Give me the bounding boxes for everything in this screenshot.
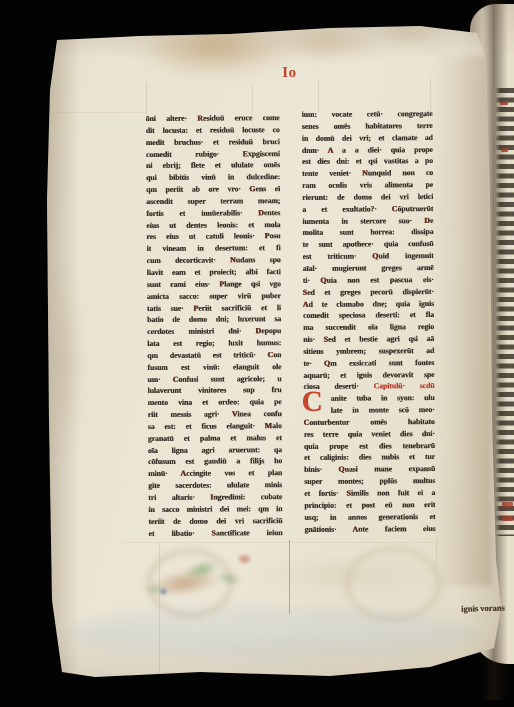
rubricated-capital: E bbox=[243, 149, 248, 158]
text-line: usq; in annos generationis et bbox=[304, 511, 435, 524]
rubricated-capital: N bbox=[230, 256, 236, 265]
text-column-left: ōni altere· Residuū eruce comedit locust… bbox=[146, 112, 283, 539]
rubricated-capital: Q bbox=[320, 276, 326, 285]
text-block: Io ōni altere· Residuū eruce comedit loc… bbox=[0, 0, 514, 707]
rubricated-capital: V bbox=[232, 409, 237, 418]
text-line: ascendit super terram meam; bbox=[146, 195, 280, 208]
rubricated-capital: Q bbox=[324, 358, 330, 367]
text-line: ma succendit oīa ligna regio bbox=[303, 321, 434, 334]
text-line: tatis sue· Periit sacrificiū et li bbox=[147, 302, 281, 315]
text-line: super montes; pplūs multus bbox=[304, 475, 435, 488]
text-line: senes omēs habitatores terre bbox=[302, 120, 433, 133]
text-line: medit bruchus· et residuū bruci bbox=[146, 136, 280, 149]
rubricated-capital: C bbox=[304, 418, 310, 427]
rubricated-capital: M bbox=[265, 421, 272, 430]
text-line: et caliginis: dies nubis et tur bbox=[304, 451, 435, 464]
text-line: qm periit ab ore vro· Gens eī bbox=[146, 183, 280, 196]
text-line: aīal· mugierunt greges armē bbox=[303, 262, 434, 275]
text-line: est triticum· Quid ingemuit bbox=[303, 250, 434, 263]
text-line: gite sacerdotes: ululate minis bbox=[148, 479, 282, 492]
text-line: sitiens ymbrem; suspexerūt ad bbox=[303, 345, 434, 358]
text-column-right: ium: vocate cetū· congregatesenes omēs h… bbox=[302, 108, 436, 535]
rubricated-capital: G bbox=[249, 184, 255, 193]
rubricated-capital: S bbox=[324, 335, 328, 344]
text-line: sa est: et ficus elanguit· Malo bbox=[148, 420, 282, 433]
rubricated-capital: A bbox=[328, 145, 333, 154]
text-line: ram oculis vris alimenta pe bbox=[302, 179, 433, 192]
text-line: dnm· A a a diei· quia prope bbox=[302, 144, 433, 157]
rubricated-capital: D bbox=[256, 326, 262, 335]
manuscript-photo: Io ōni altere· Residuū eruce comedit loc… bbox=[0, 0, 514, 707]
text-line: res terre quia veniet dies dni· bbox=[304, 428, 435, 441]
catchword: ignis vorans bbox=[461, 602, 512, 613]
chapter-initial: C bbox=[301, 390, 327, 415]
rubricated-capital: P bbox=[265, 232, 270, 241]
text-line: cerdotes ministri dni· Depopu bbox=[147, 325, 281, 338]
text-line: teriit de domo dei vri sacrificiū bbox=[148, 515, 282, 528]
rubricated-capital: R bbox=[197, 114, 203, 123]
running-title: Io bbox=[282, 62, 296, 84]
rubricated-capital: S bbox=[212, 528, 216, 537]
rubricated-capital: C bbox=[173, 374, 179, 383]
text-line: te· Qm exsiccati sunt fontes bbox=[303, 357, 434, 370]
text-line: te sunt apothece· quia confusū bbox=[302, 238, 433, 251]
text-line: et fortis· Similis non fuit ei a bbox=[304, 487, 435, 500]
text-line: qui bibitis vinū in dulcedine: bbox=[146, 171, 280, 184]
text-line: fortis et innūerabilis· Dentes bbox=[146, 207, 280, 220]
text-line: fusum est vinū: elanguit ole bbox=[147, 361, 281, 374]
text-line: um· Confusi sunt agricole; u bbox=[147, 373, 281, 386]
rubricated-capital: P bbox=[193, 303, 198, 312]
text-line: dit locusta: et residuū locuste co bbox=[146, 124, 280, 137]
text-line: Conturbentur omēs habitato bbox=[304, 416, 435, 429]
text-line: quia prope est dies tenebrarū bbox=[304, 440, 435, 453]
text-line: in sacco ministri dei mei: qm in bbox=[148, 503, 282, 516]
text-line: ōni altere· Residuū eruce come bbox=[146, 112, 280, 125]
text-line: cum decorticavit· Nudans spo bbox=[147, 254, 281, 267]
text-line: Sed et greges pecorū dispierūt· bbox=[303, 286, 434, 299]
text-line: ium: vocate cetū· congregate bbox=[302, 108, 433, 121]
text-line: principio: et post eū non erit bbox=[304, 499, 435, 512]
text-line: ni ebrij; flete et ululate omēs bbox=[146, 159, 280, 172]
text-line: batio de domo dni; luxerunt sa bbox=[147, 313, 281, 326]
text-line: est dies dni: et qsi vastitas a po bbox=[302, 155, 433, 168]
rubricated-capital: D bbox=[424, 216, 430, 225]
text-line: iumenta in stercore suo· De bbox=[302, 215, 433, 228]
text-line: rierunt: de domo dei vri letici bbox=[302, 191, 433, 204]
text-line: oīa ligna agri aruerunt: qa bbox=[148, 444, 282, 457]
text-line: res eius ut catuli leonis· Posu bbox=[146, 231, 280, 244]
rubricated-capital: A bbox=[353, 524, 359, 533]
text-line: aquarū; et ignis devoravit spe bbox=[303, 369, 434, 382]
text-line: in domū dei vri; et clamate ad bbox=[302, 132, 433, 145]
text-line: cōfusum est gaudiū a filijs ho bbox=[148, 456, 282, 469]
text-line: binis· Quasi mane expansū bbox=[304, 463, 435, 476]
text-line: qm devastatū est triticū· Con bbox=[147, 349, 281, 362]
text-line: et libatio· Sanctificate ieiun bbox=[148, 527, 282, 540]
rubricated-capital: S bbox=[303, 288, 307, 297]
text-line: ti· Quia non est pascua eis· bbox=[303, 274, 434, 287]
text-line: tente veniet· Nunquid non co bbox=[302, 167, 433, 180]
text-line: tri altaris· Ingredimi: cubate bbox=[148, 491, 282, 504]
manuscript-page: Io ōni altere· Residuū eruce comedit loc… bbox=[0, 0, 514, 707]
rubricated-capital: Q bbox=[339, 465, 345, 474]
text-line: amicta sacco: super virū puber bbox=[147, 290, 281, 303]
rubricated-capital: N bbox=[362, 169, 368, 178]
text-line: Ad te clamabo dne; quia ignis bbox=[303, 297, 434, 310]
rubricated-capital: C bbox=[392, 204, 398, 213]
rubricated-capital: P bbox=[219, 279, 224, 288]
text-line: a et exultatio?· Cōputruerūt bbox=[302, 203, 433, 216]
text-line: riit messis agri· Vinea confu bbox=[148, 408, 282, 421]
rubricated-capital: Q bbox=[372, 252, 378, 261]
text-line: nis· Sed et bestie agri qsi aā bbox=[303, 333, 434, 346]
text-line: eius ut dentes leonis: et mola bbox=[146, 219, 280, 232]
rubricated-capital: C bbox=[268, 350, 274, 359]
text-line: mento vina et ordeo: quia pe bbox=[148, 396, 282, 409]
text-line: molita sunt horrea: dissipa bbox=[302, 226, 433, 239]
rubricated-capital: A bbox=[303, 299, 309, 308]
text-line: comedit rubigo· Expgiscemi bbox=[146, 148, 280, 161]
rubricated-capital: I bbox=[210, 493, 213, 502]
text-line: granatū et palma et malus et bbox=[148, 432, 282, 445]
rubricated-capital: S bbox=[347, 489, 351, 498]
rubricated-capital: D bbox=[258, 208, 264, 217]
rubric-text: Capitulū· scdū bbox=[374, 381, 435, 390]
text-line: minū· Accingite vos et plan bbox=[148, 467, 282, 480]
text-line: comedit speciosa deserti: et fla bbox=[303, 309, 434, 322]
text-line: it vineam in desertum: et fi bbox=[146, 242, 280, 255]
text-line: liavit eam et proiecit; albi facti bbox=[147, 266, 281, 279]
text-line: gnātionis· Ante faciem eius bbox=[304, 523, 435, 536]
text-line: lulaverunt vinitores sup fru bbox=[147, 384, 281, 397]
text-line: sunt rami eius· Plange qsi vgo bbox=[147, 278, 281, 291]
text-line: lata est regio; luxit humus: bbox=[147, 337, 281, 350]
rubricated-capital: A bbox=[181, 469, 187, 478]
